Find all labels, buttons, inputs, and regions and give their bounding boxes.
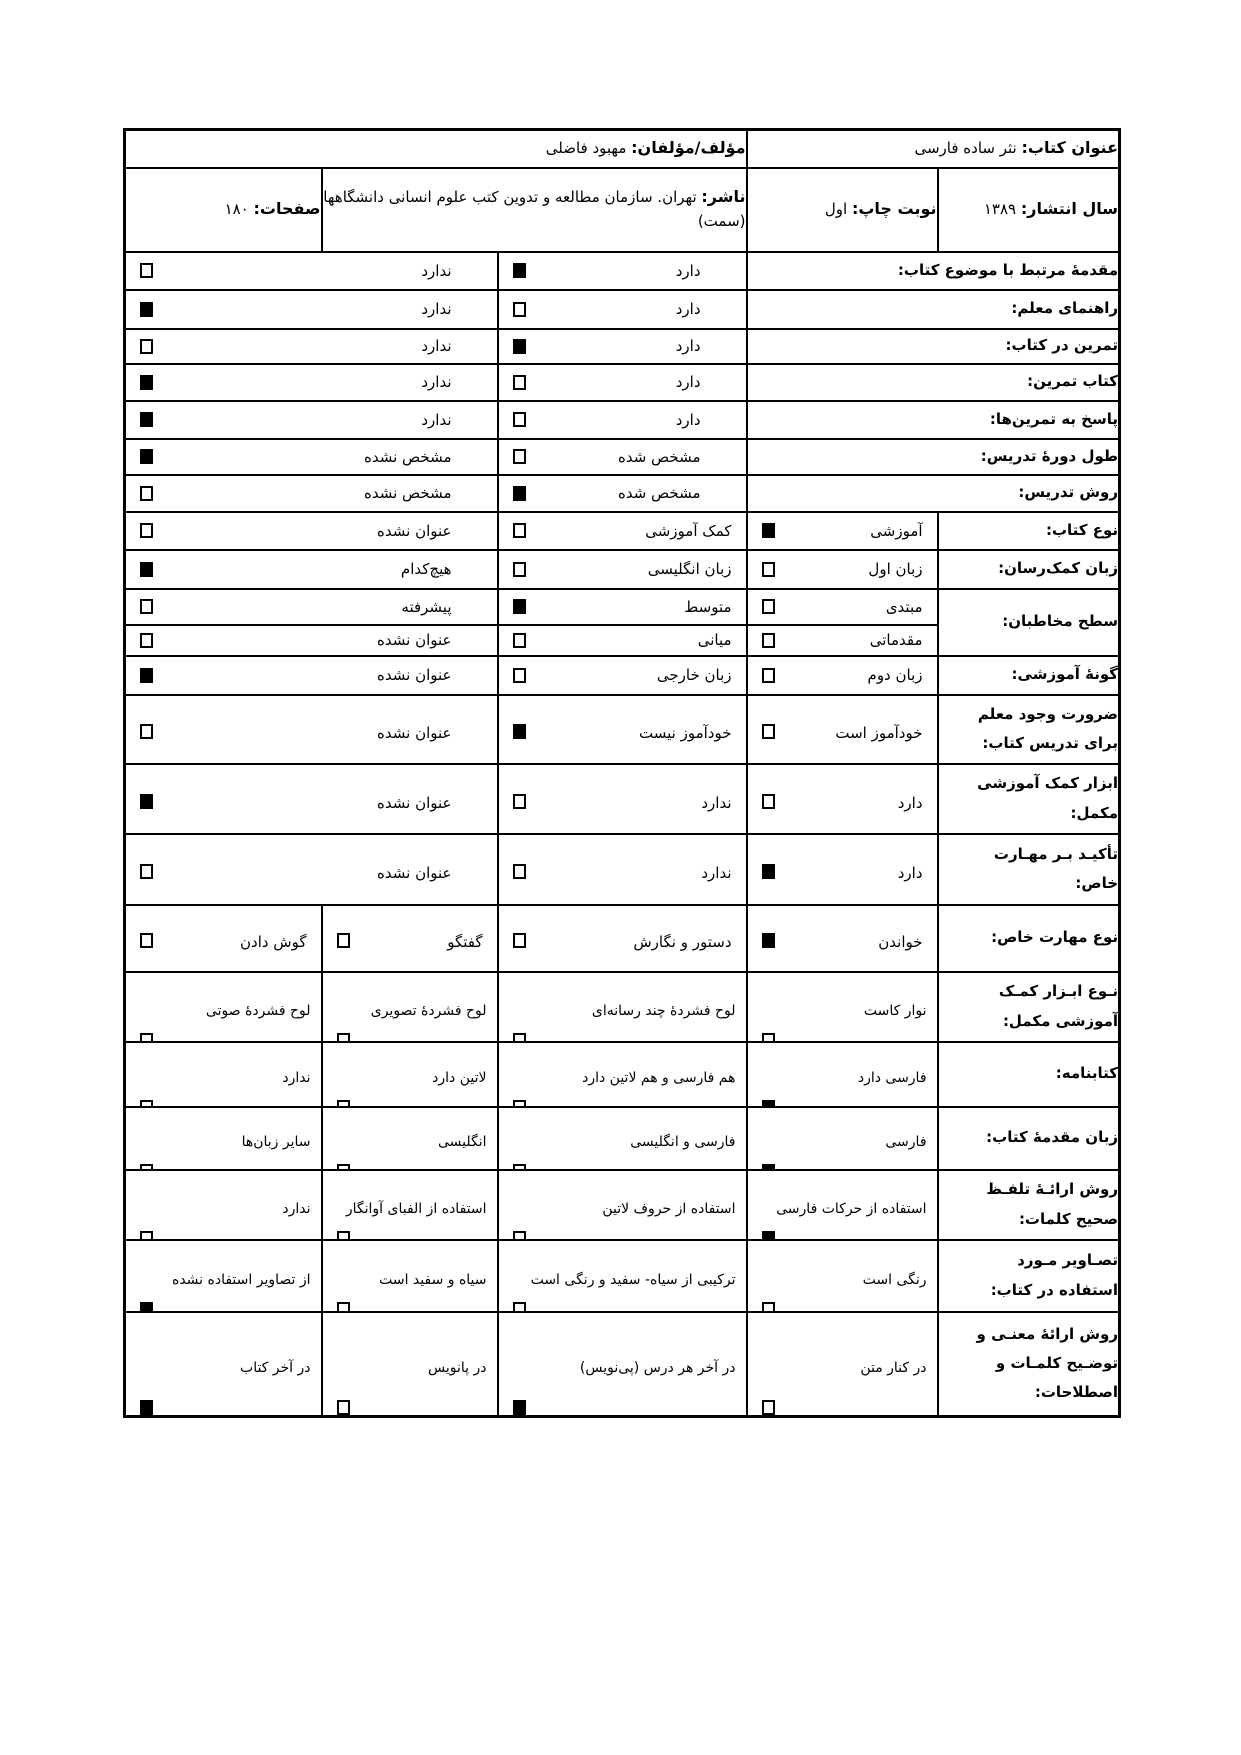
option-label: دارد bbox=[676, 411, 701, 429]
checkbox-unchecked-icon[interactable] bbox=[762, 794, 775, 809]
checkbox-unchecked-icon[interactable] bbox=[762, 724, 775, 739]
option-cell: عنوان نشده bbox=[125, 764, 498, 834]
checkbox-unchecked-icon[interactable] bbox=[762, 599, 775, 614]
document-page: عنوان کتاب: نثر ساده فارسی مؤلف/مؤلفان: … bbox=[0, 0, 1241, 1755]
row-label: تمرین در کتاب: bbox=[747, 329, 1120, 364]
row-label: راهنمای معلم: bbox=[747, 290, 1120, 329]
option-label: ترکیبی از سیاه- سفید و رنگی است bbox=[531, 1272, 736, 1288]
table-row: روش تدریس:مشخص شدهمشخص نشده bbox=[125, 475, 1120, 512]
table-row: سال انتشار: ۱۳۸۹ نوبت چاپ: اول ناشر: تهر… bbox=[125, 168, 1120, 252]
checkbox-checked-icon[interactable] bbox=[140, 794, 153, 809]
book-title-label: عنوان کتاب: bbox=[1021, 138, 1118, 157]
table-row: کتابنامه:فارسی داردهم فارسی و هم لاتین د… bbox=[125, 1042, 1120, 1107]
checkbox-checked-icon[interactable] bbox=[762, 864, 775, 879]
row-label: پاسخ به تمرین‌ها: bbox=[747, 401, 1120, 439]
checkbox-unchecked-icon[interactable] bbox=[762, 633, 775, 648]
checkbox-unchecked-icon[interactable] bbox=[762, 562, 775, 577]
pages-cell: صفحات: ۱۸۰ bbox=[125, 168, 322, 252]
option-cell: زبان اول bbox=[747, 550, 938, 589]
option-cell: دارد bbox=[747, 764, 938, 834]
table-row: ابزار کمک آموزشی مکمل:داردنداردعنوان نشد… bbox=[125, 764, 1120, 834]
row-label: سطح مخاطبان: bbox=[938, 589, 1120, 656]
option-label: ندارد bbox=[421, 337, 451, 355]
option-label: فارسی دارد bbox=[858, 1070, 927, 1086]
option-label: خودآموز نیست bbox=[639, 724, 731, 742]
checkbox-unchecked-icon[interactable] bbox=[762, 668, 775, 683]
checkbox-checked-icon[interactable] bbox=[513, 339, 526, 354]
option-label: عنوان نشده bbox=[377, 522, 451, 540]
option-label: لوح فشردۀ تصویری bbox=[371, 1003, 487, 1019]
option-cell: زبان دوم bbox=[747, 656, 938, 695]
option-cell: مشخص نشده bbox=[125, 439, 498, 475]
option-cell: دستور و نگارش bbox=[498, 905, 747, 972]
checkbox-checked-icon[interactable] bbox=[140, 1400, 153, 1415]
table-row: سطح مخاطبان:مبتدیمتوسطپیشرفته bbox=[125, 589, 1120, 625]
option-cell: استفاده از حروف لاتین bbox=[498, 1170, 747, 1240]
publication-year-value: ۱۳۸۹ bbox=[984, 200, 1016, 218]
table-row: گونۀ آموزشی:زبان دومزبان خارجیعنوان نشده bbox=[125, 656, 1120, 695]
option-label: ندارد bbox=[421, 262, 451, 280]
option-label: سایر زبان‌ها bbox=[242, 1134, 311, 1150]
option-label: زبان دوم bbox=[868, 666, 923, 684]
checkbox-unchecked-icon[interactable] bbox=[337, 933, 350, 948]
option-cell: در آخر کتاب bbox=[125, 1312, 322, 1417]
checkbox-unchecked-icon[interactable] bbox=[140, 486, 153, 501]
publisher-value: تهران. سازمان مطالعه و تدوین کتب علوم ان… bbox=[323, 188, 745, 230]
option-label: میانی bbox=[698, 631, 732, 649]
option-label: استفاده از الفبای آوانگار bbox=[346, 1201, 487, 1217]
edition-value: اول bbox=[825, 200, 847, 218]
option-cell: در کنار متن bbox=[747, 1312, 938, 1417]
option-label: لوح فشردۀ صوتی bbox=[206, 1003, 311, 1019]
option-cell: نوار کاست bbox=[747, 972, 938, 1042]
checkbox-unchecked-icon[interactable] bbox=[140, 339, 153, 354]
option-cell: مبتدی bbox=[747, 589, 938, 625]
checkbox-unchecked-icon[interactable] bbox=[513, 1033, 526, 1042]
checkbox-unchecked-icon[interactable] bbox=[140, 633, 153, 648]
option-cell: خواندن bbox=[747, 905, 938, 972]
option-label: مشخص شده bbox=[618, 484, 701, 502]
row-label: زبان مقدمۀ کتاب: bbox=[938, 1107, 1120, 1170]
checkbox-unchecked-icon[interactable] bbox=[140, 599, 153, 614]
checkbox-unchecked-icon[interactable] bbox=[513, 375, 526, 390]
option-label: مقدماتی bbox=[870, 631, 923, 649]
checkbox-checked-icon[interactable] bbox=[762, 523, 775, 538]
option-label: دارد bbox=[676, 373, 701, 391]
option-label: استفاده از حروف لاتین bbox=[602, 1201, 735, 1217]
option-label: مبتدی bbox=[886, 598, 923, 616]
table-row: روش ارائۀ معنـی و توضـیح کلمـات و اصطلاح… bbox=[125, 1312, 1120, 1417]
checkbox-unchecked-icon[interactable] bbox=[337, 1302, 350, 1312]
pages-label: صفحات: bbox=[254, 199, 321, 218]
option-cell: لوح فشردۀ چند رسانه‌ای bbox=[498, 972, 747, 1042]
option-cell: خودآموز است bbox=[747, 695, 938, 764]
row-label: تأکیـد بـر مهـارت خاص: bbox=[938, 834, 1120, 905]
option-label: زبان انگلیسی bbox=[648, 560, 732, 578]
option-cell: استفاده از الفبای آوانگار bbox=[322, 1170, 498, 1240]
option-cell: عنوان نشده bbox=[125, 695, 498, 764]
option-cell: ندارد bbox=[125, 401, 498, 439]
checkbox-checked-icon[interactable] bbox=[762, 1231, 775, 1240]
option-cell: ندارد bbox=[125, 364, 498, 401]
book-title-cell: عنوان کتاب: نثر ساده فارسی bbox=[747, 130, 1120, 168]
row-label: زبان کمک‌رسان: bbox=[938, 550, 1120, 589]
pages-value: ۱۸۰ bbox=[225, 200, 249, 218]
checkbox-unchecked-icon[interactable] bbox=[513, 1302, 526, 1312]
option-cell: عنوان نشده bbox=[125, 512, 498, 550]
option-label: ندارد bbox=[421, 300, 451, 318]
checkbox-unchecked-icon[interactable] bbox=[140, 724, 153, 739]
option-label: مشخص نشده bbox=[364, 484, 452, 502]
option-label: رنگی است bbox=[863, 1272, 927, 1288]
table-row: پاسخ به تمرین‌ها:داردندارد bbox=[125, 401, 1120, 439]
option-label: سیاه و سفید است bbox=[379, 1272, 486, 1288]
publication-year-label: سال انتشار: bbox=[1021, 199, 1118, 218]
checkbox-unchecked-icon[interactable] bbox=[337, 1400, 350, 1415]
option-cell: زبان خارجی bbox=[498, 656, 747, 695]
option-cell: فارسی و انگلیسی bbox=[498, 1107, 747, 1170]
option-cell: گوش دادن bbox=[125, 905, 322, 972]
row-label: نوع مهارت خاص: bbox=[938, 905, 1120, 972]
option-label: فارسی و انگلیسی bbox=[630, 1134, 735, 1150]
checkbox-checked-icon[interactable] bbox=[140, 1302, 153, 1312]
option-label: خودآموز است bbox=[835, 724, 922, 742]
option-label: انگلیسی bbox=[438, 1134, 487, 1150]
option-label: عنوان نشده bbox=[377, 631, 451, 649]
table-row: عنوان کتاب: نثر ساده فارسی مؤلف/مؤلفان: … bbox=[125, 130, 1120, 168]
option-cell: فارسی دارد bbox=[747, 1042, 938, 1107]
checkbox-checked-icon[interactable] bbox=[513, 1400, 526, 1415]
option-label: گفتگو bbox=[447, 933, 482, 951]
checkbox-checked-icon[interactable] bbox=[513, 486, 526, 501]
table-row: مقدمۀ مرتبط با موضوع کتاب:داردندارد bbox=[125, 252, 1120, 290]
checkbox-unchecked-icon[interactable] bbox=[513, 449, 526, 464]
checkbox-unchecked-icon[interactable] bbox=[762, 1302, 775, 1312]
option-label: متوسط bbox=[684, 598, 731, 616]
row-label: کتاب تمرین: bbox=[747, 364, 1120, 401]
option-cell: استفاده از حرکات فارسی bbox=[747, 1170, 938, 1240]
option-label: در کنار متن bbox=[860, 1360, 926, 1376]
option-cell: میانی bbox=[498, 625, 747, 656]
option-cell: فارسی bbox=[747, 1107, 938, 1170]
row-label: نوع کتاب: bbox=[938, 512, 1120, 550]
edition-cell: نوبت چاپ: اول bbox=[747, 168, 938, 252]
option-cell: ندارد bbox=[125, 1170, 322, 1240]
option-label: عنوان نشده bbox=[377, 864, 451, 882]
option-cell: ندارد bbox=[125, 290, 498, 329]
option-label: دارد bbox=[676, 300, 701, 318]
option-cell: گفتگو bbox=[322, 905, 498, 972]
author-cell: مؤلف/مؤلفان: مهبود فاضلی bbox=[125, 130, 747, 168]
option-label: در آخر کتاب bbox=[240, 1360, 311, 1376]
option-cell: پیشرفته bbox=[125, 589, 498, 625]
row-label: گونۀ آموزشی: bbox=[938, 656, 1120, 695]
table-row: ضرورت وجود معلم برای تدریس کتاب:خودآموز … bbox=[125, 695, 1120, 764]
option-label: استفاده از حرکات فارسی bbox=[776, 1201, 926, 1217]
option-cell: مشخص نشده bbox=[125, 475, 498, 512]
table-row: نوع مهارت خاص:خواندندستور و نگارشگفتگوگو… bbox=[125, 905, 1120, 972]
table-row: کتاب تمرین:داردندارد bbox=[125, 364, 1120, 401]
checkbox-unchecked-icon[interactable] bbox=[513, 633, 526, 648]
publication-year-cell: سال انتشار: ۱۳۸۹ bbox=[938, 168, 1120, 252]
table-row: نـوع ابـزار کمـک آموزشی مکمل:نوار کاستلو… bbox=[125, 972, 1120, 1042]
option-cell: لوح فشردۀ صوتی bbox=[125, 972, 322, 1042]
checkbox-unchecked-icon[interactable] bbox=[140, 523, 153, 538]
table-row: روش ارائـۀ تلفـظ صحیح کلمات:استفاده از ح… bbox=[125, 1170, 1120, 1240]
row-label: روش تدریس: bbox=[747, 475, 1120, 512]
option-label: دارد bbox=[898, 864, 923, 882]
option-cell: مشخص شده bbox=[498, 439, 747, 475]
option-label: دستور و نگارش bbox=[633, 933, 731, 951]
checkbox-unchecked-icon[interactable] bbox=[140, 1033, 153, 1042]
option-label: مشخص نشده bbox=[364, 448, 452, 466]
option-cell: مشخص شده bbox=[498, 475, 747, 512]
table-row: راهنمای معلم:داردندارد bbox=[125, 290, 1120, 329]
checkbox-checked-icon[interactable] bbox=[140, 375, 153, 390]
option-label: پیشرفته bbox=[401, 598, 451, 616]
checkbox-unchecked-icon[interactable] bbox=[762, 1400, 775, 1415]
checkbox-checked-icon[interactable] bbox=[140, 562, 153, 577]
option-cell: متوسط bbox=[498, 589, 747, 625]
option-label: هیچ‌کدام bbox=[401, 560, 452, 578]
row-label: تصـاویر مـورد استفاده در کتاب: bbox=[938, 1240, 1120, 1312]
option-cell: دارد bbox=[498, 329, 747, 364]
option-label: ندارد bbox=[282, 1201, 310, 1217]
checkbox-checked-icon[interactable] bbox=[513, 599, 526, 614]
checkbox-unchecked-icon[interactable] bbox=[513, 794, 526, 809]
row-label: روش ارائـۀ تلفـظ صحیح کلمات: bbox=[938, 1170, 1120, 1240]
checkbox-unchecked-icon[interactable] bbox=[513, 668, 526, 683]
row-label: طول دورۀ تدریس: bbox=[747, 439, 1120, 475]
row-label: ابزار کمک آموزشی مکمل: bbox=[938, 764, 1120, 834]
option-label: از تصاویر استفاده نشده bbox=[172, 1272, 311, 1288]
checkbox-unchecked-icon[interactable] bbox=[513, 562, 526, 577]
checkbox-unchecked-icon[interactable] bbox=[762, 1033, 775, 1042]
option-cell: عنوان نشده bbox=[125, 656, 498, 695]
option-cell: لوح فشردۀ تصویری bbox=[322, 972, 498, 1042]
option-cell: دارد bbox=[747, 834, 938, 905]
option-cell: ندارد bbox=[125, 329, 498, 364]
table-row: تأکیـد بـر مهـارت خاص:داردنداردعنوان نشد… bbox=[125, 834, 1120, 905]
option-cell: عنوان نشده bbox=[125, 834, 498, 905]
option-cell: سایر زبان‌ها bbox=[125, 1107, 322, 1170]
option-label: دارد bbox=[676, 337, 701, 355]
option-cell: دارد bbox=[498, 364, 747, 401]
option-cell: رنگی است bbox=[747, 1240, 938, 1312]
author-label: مؤلف/مؤلفان: bbox=[631, 138, 745, 157]
checkbox-unchecked-icon[interactable] bbox=[337, 1033, 350, 1042]
author-value: مهبود فاضلی bbox=[546, 139, 627, 157]
checkbox-checked-icon[interactable] bbox=[513, 724, 526, 739]
option-cell: کمک آموزشی bbox=[498, 512, 747, 550]
option-label: عنوان نشده bbox=[377, 794, 451, 812]
option-label: گوش دادن bbox=[240, 933, 307, 951]
checkbox-unchecked-icon[interactable] bbox=[140, 263, 153, 278]
checkbox-unchecked-icon[interactable] bbox=[513, 864, 526, 879]
checkbox-unchecked-icon[interactable] bbox=[513, 302, 526, 317]
table-row: زبان کمک‌رسان:زبان اولزبان انگلیسیهیچ‌کد… bbox=[125, 550, 1120, 589]
option-label: در پانویس bbox=[428, 1360, 486, 1376]
option-cell: سیاه و سفید است bbox=[322, 1240, 498, 1312]
checkbox-checked-icon[interactable] bbox=[140, 412, 153, 427]
option-label: زبان خارجی bbox=[657, 666, 732, 684]
table-row: زبان مقدمۀ کتاب:فارسیفارسی و انگلیسیانگل… bbox=[125, 1107, 1120, 1170]
edition-label: نوبت چاپ: bbox=[852, 199, 937, 218]
checkbox-checked-icon[interactable] bbox=[513, 263, 526, 278]
option-label: زبان اول bbox=[868, 560, 922, 578]
option-cell: ندارد bbox=[125, 1042, 322, 1107]
option-label: عنوان نشده bbox=[377, 724, 451, 742]
book-info-table: عنوان کتاب: نثر ساده فارسی مؤلف/مؤلفان: … bbox=[123, 128, 1121, 1418]
option-label: ندارد bbox=[701, 864, 731, 882]
option-cell: ندارد bbox=[498, 834, 747, 905]
row-label: ضرورت وجود معلم برای تدریس کتاب: bbox=[938, 695, 1120, 764]
option-label: ندارد bbox=[282, 1070, 310, 1086]
option-cell: دارد bbox=[498, 252, 747, 290]
checkbox-checked-icon[interactable] bbox=[140, 668, 153, 683]
option-label: مشخص شده bbox=[618, 448, 701, 466]
option-cell: ترکیبی از سیاه- سفید و رنگی است bbox=[498, 1240, 747, 1312]
row-label: نـوع ابـزار کمـک آموزشی مکمل: bbox=[938, 972, 1120, 1042]
option-cell: در پانویس bbox=[322, 1312, 498, 1417]
checkbox-unchecked-icon[interactable] bbox=[337, 1231, 350, 1240]
checkbox-unchecked-icon[interactable] bbox=[513, 412, 526, 427]
option-cell: دارد bbox=[498, 290, 747, 329]
book-title-value: نثر ساده فارسی bbox=[914, 139, 1016, 157]
option-cell: از تصاویر استفاده نشده bbox=[125, 1240, 322, 1312]
table-row: تصـاویر مـورد استفاده در کتاب:رنگی استتر… bbox=[125, 1240, 1120, 1312]
checkbox-unchecked-icon[interactable] bbox=[513, 933, 526, 948]
option-label: هم فارسی و هم لاتین دارد bbox=[582, 1070, 735, 1086]
option-label: ندارد bbox=[421, 373, 451, 391]
row-label: کتابنامه: bbox=[938, 1042, 1120, 1107]
checkbox-unchecked-icon[interactable] bbox=[140, 1231, 153, 1240]
option-cell: خودآموز نیست bbox=[498, 695, 747, 764]
option-cell: در آخر هر درس (پی‌نویس) bbox=[498, 1312, 747, 1417]
checkbox-unchecked-icon[interactable] bbox=[513, 523, 526, 538]
checkbox-checked-icon[interactable] bbox=[140, 302, 153, 317]
checkbox-unchecked-icon[interactable] bbox=[513, 1231, 526, 1240]
publisher-cell: ناشر: تهران. سازمان مطالعه و تدوین کتب ع… bbox=[322, 168, 747, 252]
option-label: در آخر هر درس (پی‌نویس) bbox=[580, 1360, 736, 1376]
option-cell: انگلیسی bbox=[322, 1107, 498, 1170]
table-row: تمرین در کتاب:داردندارد bbox=[125, 329, 1120, 364]
checkbox-unchecked-icon[interactable] bbox=[140, 933, 153, 948]
option-cell: عنوان نشده bbox=[125, 625, 498, 656]
option-cell: زبان انگلیسی bbox=[498, 550, 747, 589]
option-cell: هم فارسی و هم لاتین دارد bbox=[498, 1042, 747, 1107]
option-cell: آموزشی bbox=[747, 512, 938, 550]
option-label: لاتین دارد bbox=[432, 1070, 486, 1086]
option-cell: لاتین دارد bbox=[322, 1042, 498, 1107]
row-label: روش ارائۀ معنـی و توضـیح کلمـات و اصطلاح… bbox=[938, 1312, 1120, 1417]
option-cell: هیچ‌کدام bbox=[125, 550, 498, 589]
row-label: مقدمۀ مرتبط با موضوع کتاب: bbox=[747, 252, 1120, 290]
option-label: خواندن bbox=[878, 933, 922, 951]
option-label: کمک آموزشی bbox=[645, 522, 731, 540]
option-label: نوار کاست bbox=[864, 1003, 927, 1019]
option-cell: ندارد bbox=[498, 764, 747, 834]
option-cell: مقدماتی bbox=[747, 625, 938, 656]
checkbox-checked-icon[interactable] bbox=[140, 449, 153, 464]
option-label: دارد bbox=[898, 794, 923, 812]
option-label: فارسی bbox=[885, 1134, 926, 1150]
checkbox-unchecked-icon[interactable] bbox=[140, 864, 153, 879]
option-label: دارد bbox=[676, 262, 701, 280]
option-label: ندارد bbox=[701, 794, 731, 812]
option-cell: ندارد bbox=[125, 252, 498, 290]
option-label: لوح فشردۀ چند رسانه‌ای bbox=[592, 1003, 736, 1019]
table-row: طول دورۀ تدریس:مشخص شدهمشخص نشده bbox=[125, 439, 1120, 475]
option-label: عنوان نشده bbox=[377, 666, 451, 684]
publisher-label: ناشر: bbox=[701, 187, 745, 206]
table-row: نوع کتاب:آموزشیکمک آموزشیعنوان نشده bbox=[125, 512, 1120, 550]
option-label: ندارد bbox=[421, 411, 451, 429]
option-label: آموزشی bbox=[870, 522, 922, 540]
checkbox-checked-icon[interactable] bbox=[762, 933, 775, 948]
option-cell: دارد bbox=[498, 401, 747, 439]
